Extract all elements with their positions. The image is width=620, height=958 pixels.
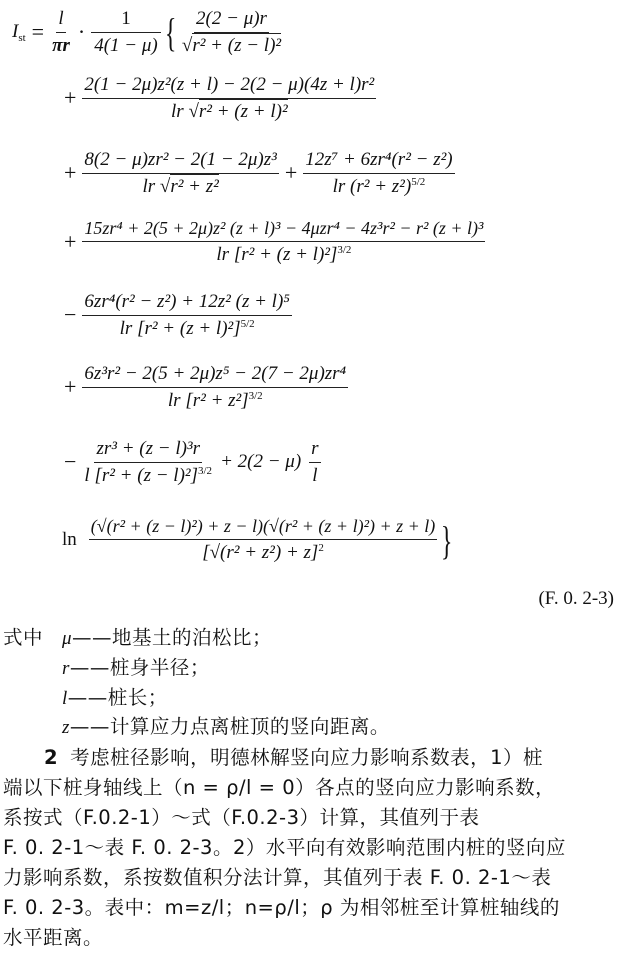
formula-line-6: + 6z³r² − 2(5 + 2μ)z⁵ − 2(7 − 2μ)zr⁴ lr … <box>58 355 348 419</box>
term-1: 2(2 − μ)r √r² + (z − l)² <box>180 8 283 57</box>
equation-number: (F. 0. 2-3) <box>538 588 614 610</box>
fraction-coefficient: 1 4(1 − μ) <box>91 8 161 57</box>
plus-sign: + <box>64 229 76 255</box>
dot-operator: · <box>78 19 85 45</box>
term-8-tail: + 2(2 − μ) <box>220 451 301 473</box>
definition-item: z——计算应力点离桩顶的竖向距离。 <box>62 711 390 739</box>
dash: —— <box>70 715 110 738</box>
plus-sign: + <box>64 85 76 111</box>
equals-sign: = <box>32 19 44 45</box>
definition-item: r——桩身半径； <box>62 652 210 680</box>
term-3: 8(2 − μ)zr² − 2(1 − 2μ)z³ lr √r² + z² <box>82 149 278 198</box>
definition-item: l——桩长； <box>62 682 168 710</box>
paragraph-line: 力影响系数，系按数值积分法计算，其值列于表 F. 0. 2-1～表 <box>3 862 551 890</box>
open-brace: { <box>165 9 177 56</box>
term-5: 15zr⁴ + 2(5 + 2μ)z² (z + l)³ − 4μzr⁴ − 4… <box>82 218 485 266</box>
term-6: 6zr⁴(r² − z²) + 12z² (z + l)⁵ lr [r² + (… <box>82 291 291 340</box>
ln-operator: ln <box>62 529 77 551</box>
term-2: 2(1 − 2μ)z²(z + l) − 2(2 − μ)(4z + l)r² … <box>82 74 376 123</box>
minus-sign: − <box>64 449 76 475</box>
definition-text: 计算应力点离桩顶的竖向距离。 <box>110 715 390 738</box>
definition-symbol: z <box>62 717 70 738</box>
formula-lhs: Ist <box>12 21 26 43</box>
dash: —— <box>68 686 108 709</box>
paragraph-line: F. 0. 2-3。表中：m=z/l；n=ρ/l；ρ 为相邻桩至计算桩轴线的 <box>3 892 560 920</box>
plus-sign: + <box>64 374 76 400</box>
term-4: 12z⁷ + 6zr⁴(r² − z²) lr (r² + z²)5/2 <box>303 149 454 198</box>
paragraph-text: 考虑桩径影响，明德林解竖向应力影响系数表，1）桩 <box>70 746 543 769</box>
formula-line-2: + 2(1 − 2μ)z²(z + l) − 2(2 − μ)(4z + l)r… <box>58 66 376 130</box>
term-9: (√(r² + (z − l)²) + z − l)(√(r² + (z + l… <box>89 516 437 564</box>
dash: —— <box>70 656 110 679</box>
formula-line-8: ln (√(r² + (z − l)²) + z − l)(√(r² + (z … <box>62 505 456 575</box>
definition-text: 桩身半径； <box>110 656 210 679</box>
formula-line-4: + 15zr⁴ + 2(5 + 2μ)z² (z + l)³ − 4μzr⁴ −… <box>58 210 485 274</box>
plus-sign: + <box>64 160 76 186</box>
close-brace: } <box>441 517 453 564</box>
fraction-l-over-pir: l πr <box>50 8 72 57</box>
formula-line-5: − 6zr⁴(r² − z²) + 12z² (z + l)⁵ lr [r² +… <box>58 283 292 347</box>
formula-line-7: − zr³ + (z − l)³r l [r² + (z − l)²]3/2 +… <box>58 430 321 494</box>
dash: —— <box>72 626 112 649</box>
definition-symbol: μ <box>62 628 72 649</box>
paragraph-line: 水平距离。 <box>3 922 103 950</box>
definitions-intro: 式中 <box>3 622 43 650</box>
definition-text: 桩长； <box>108 686 168 709</box>
minus-sign: − <box>64 302 76 328</box>
paragraph-line: 端以下桩身轴线上（n = ρ/l = 0）各点的竖向应力影响系数， <box>3 772 555 800</box>
formula-line-1: Ist = l πr · 1 4(1 − μ) { 2(2 − μ)r √r² … <box>12 2 283 62</box>
plus-sign: + <box>285 160 297 186</box>
formula-line-3: + 8(2 − μ)zr² − 2(1 − 2μ)z³ lr √r² + z² … <box>58 140 455 206</box>
paragraph-line: F. 0. 2-1～表 F. 0. 2-3。2）水平向有效影响范围内桩的竖向应 <box>3 832 566 860</box>
paragraph-line: 系按式（F.0.2-1）～式（F.0.2-3）计算，其值列于表 <box>3 802 479 830</box>
fraction-r-over-l: r l <box>309 438 320 487</box>
term-8: zr³ + (z − l)³r l [r² + (z − l)²]3/2 <box>82 438 214 487</box>
paragraph-number: 2 <box>44 746 58 769</box>
paragraph-line: 2考虑桩径影响，明德林解竖向应力影响系数表，1）桩 <box>44 742 543 770</box>
definition-text: 地基土的泊松比； <box>112 626 272 649</box>
term-7: 6z³r² − 2(5 + 2μ)z⁵ − 2(7 − 2μ)zr⁴ lr [r… <box>82 363 348 412</box>
definition-symbol: r <box>62 658 70 679</box>
definition-item: μ——地基土的泊松比； <box>62 622 272 650</box>
